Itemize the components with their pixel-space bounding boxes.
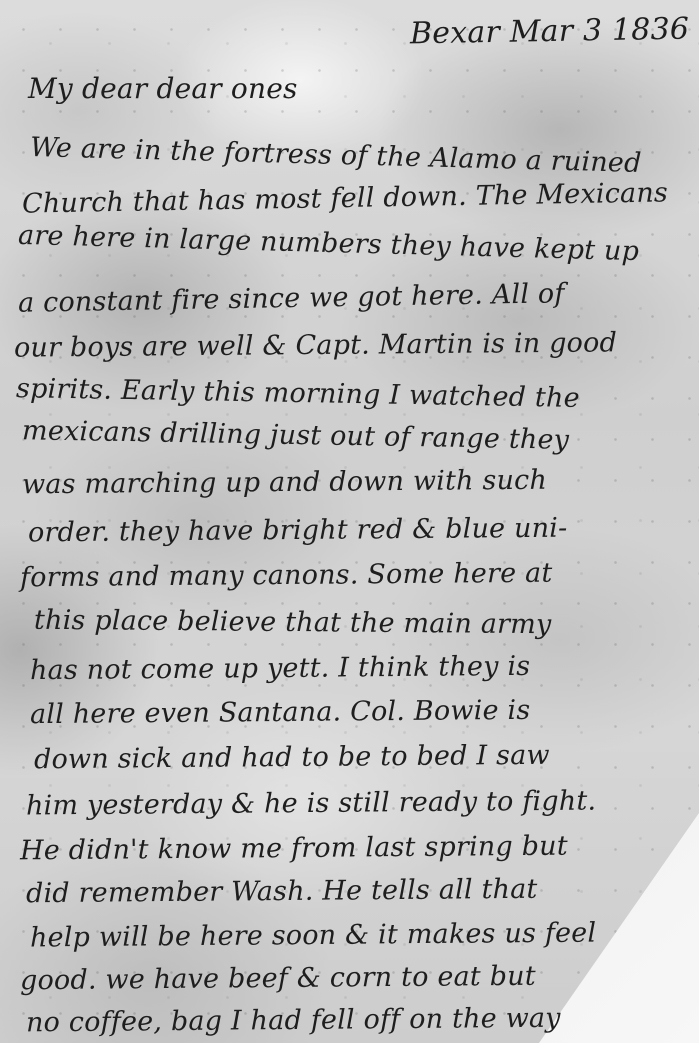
letter-line-11: this place believe that the main army <box>34 605 552 641</box>
letter-line-19: good. we have beef & corn to eat but <box>20 961 536 997</box>
letter-line-20: no coffee, bag I had fell off on the way <box>26 1003 561 1039</box>
letter-line-8: was marching up and down with such <box>22 465 547 501</box>
letter-line-5: our boys are well & Capt. Martin is in g… <box>14 327 617 363</box>
letter-line-9: order. they have bright red & blue uni- <box>28 513 568 549</box>
letter-page: Bexar Mar 3 1836 My dear dear ones We ar… <box>0 0 699 1043</box>
letter-line-15: him yesterday & he is still ready to fig… <box>26 786 596 822</box>
letter-line-12: has not come up yett. I think they is <box>30 651 531 686</box>
letter-line-13: all here even Santana. Col. Bowie is <box>30 695 531 730</box>
letter-dateline: Bexar Mar 3 1836 <box>410 12 690 52</box>
letter-line-18: help will be here soon & it makes us fee… <box>30 918 597 954</box>
letter-line-17: did remember Wash. He tells all that <box>26 874 538 909</box>
letter-salutation: My dear dear ones <box>28 72 298 105</box>
letter-line-10: forms and many canons. Some here at <box>20 558 553 594</box>
letter-line-16: He didn't know me from last spring but <box>20 831 568 867</box>
letter-line-14: down sick and had to be to bed I saw <box>34 740 550 775</box>
